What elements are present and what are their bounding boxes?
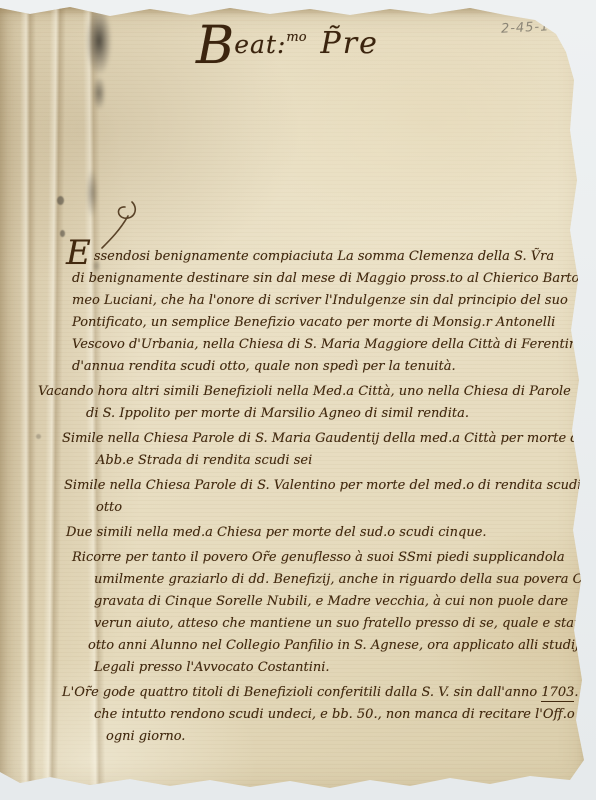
- manuscript-line: gravata di Cinque Sorelle Nubili, e Madr…: [94, 591, 582, 613]
- manuscript-paragraph: Simile nella Chiesa Parole di S. Valenti…: [72, 475, 582, 519]
- ink-speck: [60, 230, 65, 237]
- manuscript-line: Vacando hora altri simili Benefizioli ne…: [38, 381, 582, 403]
- manuscript-line: Abb.e Strada di rendita scudi sei: [96, 450, 582, 472]
- manuscript-line: di benignamente destinare sin dal mese d…: [72, 268, 582, 290]
- letter-body: Essendosi benignamente compiaciuta La so…: [72, 246, 582, 751]
- manuscript-line: otto: [96, 497, 582, 519]
- manuscript-line: L'Or̃e gode quattro titoli di Benefiziol…: [62, 682, 582, 704]
- manuscript-line: Essendosi benignamente compiaciuta La so…: [72, 246, 582, 268]
- ink-smudge: [86, 6, 112, 76]
- archival-number: 2-45-188: [501, 18, 569, 36]
- underlined-year: 1703: [541, 685, 574, 702]
- manuscript-line: verun aiuto, atteso che mantiene un suo …: [94, 613, 582, 635]
- manuscript-line: ogni giorno.: [106, 726, 582, 748]
- pen-flourish: [98, 196, 140, 252]
- ink-speck: [57, 196, 64, 205]
- line-text: ssendosi benignamente compiaciuta La som…: [94, 249, 554, 264]
- heading-initial: B: [196, 16, 234, 76]
- paper-crease: [20, 0, 36, 800]
- manuscript-paragraph: Ricorre per tanto il povero Or̃e genufle…: [72, 547, 582, 679]
- manuscript-line: Vescovo d'Urbania, nella Chiesa di S. Ma…: [72, 334, 582, 356]
- salutation-heading: Beat:moP̃re: [196, 26, 379, 61]
- line-text: L'Or̃e gode quattro titoli di Benefiziol…: [62, 685, 541, 700]
- manuscript-line: Ricorre per tanto il povero Or̃e genufle…: [72, 547, 582, 569]
- manuscript-line: meo Luciani, che ha l'onore di scriver l…: [72, 290, 582, 312]
- manuscript-paragraph: Essendosi benignamente compiaciuta La so…: [72, 246, 582, 378]
- heading-text: eat:: [234, 30, 286, 59]
- manuscript-paragraph: Vacando hora altri simili Benefizioli ne…: [72, 381, 582, 425]
- manuscript-line: d'annua rendita scudi otto, quale non sp…: [72, 356, 582, 378]
- manuscript-page: 2-45-188 Beat:moP̃re Essendosi benigname…: [0, 0, 596, 800]
- drop-cap: E: [66, 233, 91, 273]
- manuscript-line: Simile nella Chiesa Parole di S. Valenti…: [64, 475, 582, 497]
- manuscript-line: Legali presso l'Avvocato Costantini.: [94, 657, 582, 679]
- manuscript-line: Due simili nella med.a Chiesa per morte …: [66, 522, 582, 544]
- heading-superscript: mo: [286, 30, 306, 45]
- manuscript-paragraph: L'Or̃e gode quattro titoli di Benefiziol…: [72, 682, 582, 748]
- manuscript-paragraph: Simile nella Chiesa Parole di S. Maria G…: [72, 428, 582, 472]
- manuscript-line: Simile nella Chiesa Parole di S. Maria G…: [62, 428, 582, 450]
- ink-speck: [36, 434, 41, 439]
- manuscript-paragraph: Due simili nella med.a Chiesa per morte …: [72, 522, 582, 544]
- line-text: .: [574, 685, 578, 700]
- manuscript-line: di S. Ippolito per morte di Marsilio Agn…: [86, 403, 582, 425]
- manuscript-line: otto anni Alunno nel Collegio Panfilio i…: [88, 635, 582, 657]
- manuscript-line: Pontificato, un semplice Benefizio vacat…: [72, 312, 582, 334]
- manuscript-line: che intutto rendono scudi undeci, e bb. …: [94, 704, 582, 726]
- ink-smudge: [90, 70, 108, 116]
- heading-abbreviation: P̃re: [321, 26, 379, 61]
- manuscript-line: umilmente graziarlo di dd. Benefizij, an…: [94, 569, 582, 591]
- scanner-background: 2-45-188 Beat:moP̃re Essendosi benigname…: [0, 0, 596, 800]
